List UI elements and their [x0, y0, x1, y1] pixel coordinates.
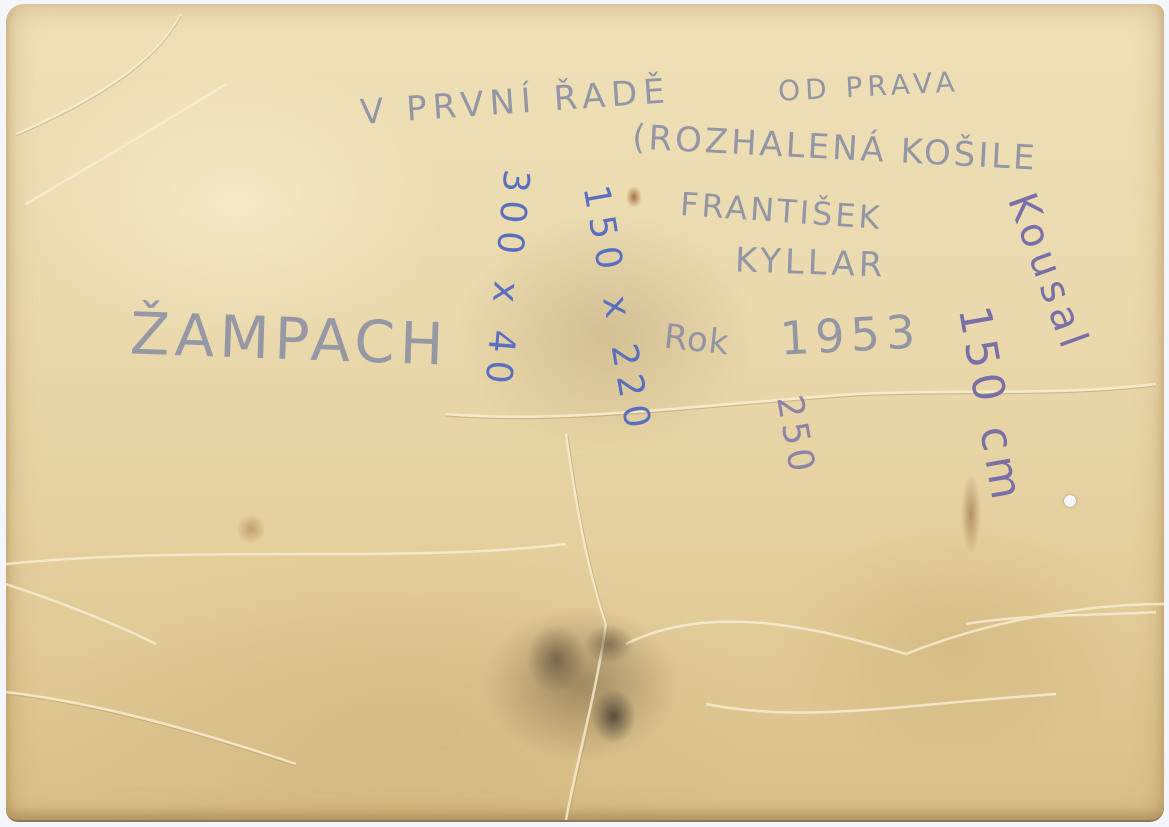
stain	[236, 514, 266, 544]
note-year: 1953	[779, 304, 923, 365]
stain	[526, 624, 586, 694]
note-last-name: KYLLAR	[734, 240, 887, 285]
pin-hole	[1064, 495, 1076, 507]
stain	[626, 186, 642, 208]
stain	[584, 624, 634, 664]
note-place: ŽAMPACH	[129, 299, 450, 378]
stain	[591, 689, 636, 744]
note-year-label: Rok	[662, 317, 731, 364]
